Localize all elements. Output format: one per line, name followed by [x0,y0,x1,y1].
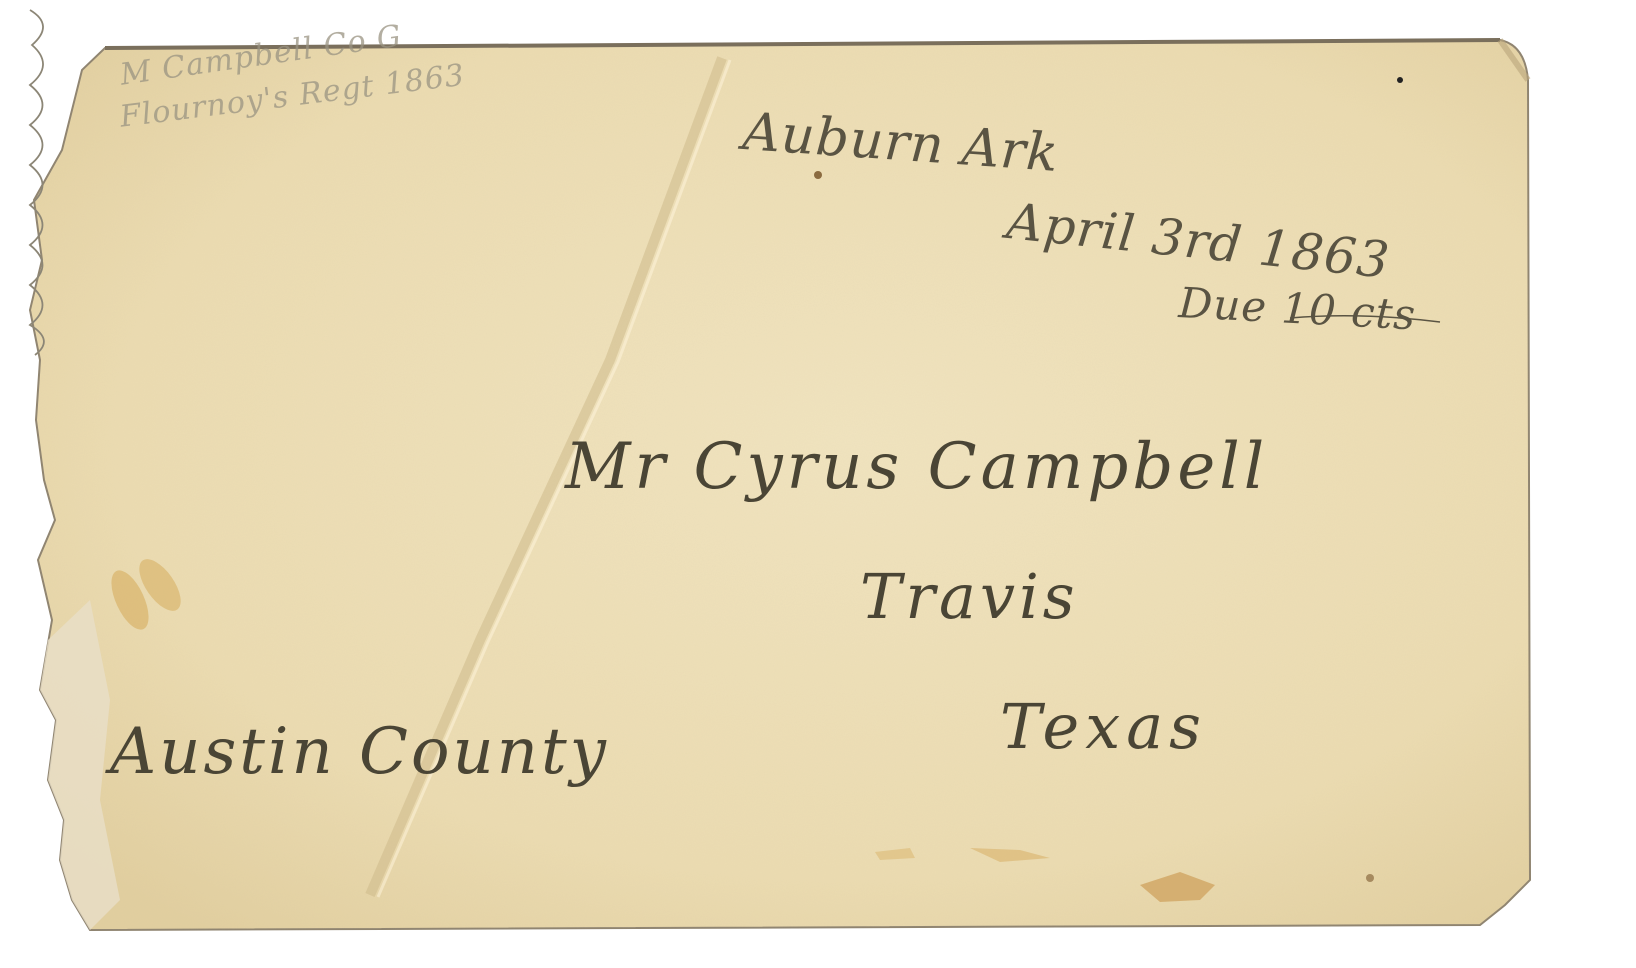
address-county: Austin County [110,715,609,789]
address-town: Travis [860,560,1079,633]
ink-dot [1366,874,1374,882]
envelope: M Campbell Co G Flournoy's Regt 1863 Aub… [0,0,1636,968]
ink-dot [814,171,822,179]
scalloped-brace-flourish [0,0,60,360]
addressee-name: Mr Cyrus Campbell [565,430,1268,504]
envelope-scan: M Campbell Co G Flournoy's Regt 1863 Aub… [0,0,1636,968]
address-state: Texas [1000,690,1207,763]
ink-dot [1397,77,1403,83]
